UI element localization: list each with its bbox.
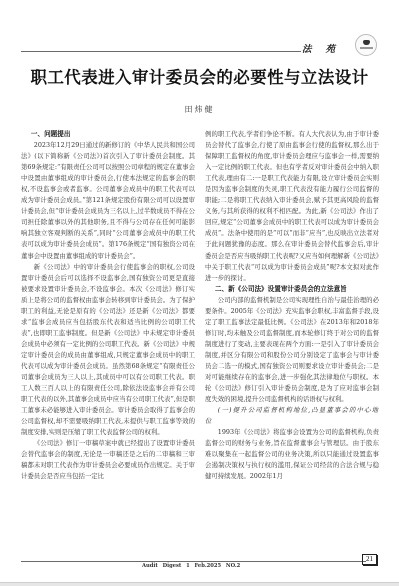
body-paragraph-continued: 例的职工代表,学者们争论不断。有人大代表认为,由于审计委员会替代了监事会,行使了…: [205, 129, 379, 284]
left-column: 一、问题提出 2023年12月29日通过的新修订的《中华人民共和国公司法》(以下…: [21, 129, 195, 483]
viewer-bottom-edge: [0, 582, 399, 586]
journal-page: 法苑 职工代表进入审计委员会的必要性与立法设计 田炜健 一、问题提出 2023年…: [0, 0, 399, 586]
body-paragraph: 2023年12月29日通过的新修订的《中华人民共和国公司法》(以下简称新《公司法…: [21, 140, 195, 262]
journal-seal-logo-icon: [355, 34, 377, 56]
body-paragraph: 新《公司法》中的审计委员会行使监事会的职权,公司设置审计委员会后可以选择不设监事…: [21, 262, 195, 439]
subsection-heading-1: (一)提升公司监督机构地位,凸显董事会的中心地位: [205, 405, 379, 427]
section-heading-2: 二、新《公司法》设置审计委员会的立法意旨: [205, 284, 379, 295]
logo-text-line: [360, 47, 373, 49]
section-label-char-2: 苑: [326, 44, 336, 55]
header-rule: [21, 51, 301, 52]
section-label-char-1: 法: [302, 44, 312, 55]
right-column: 例的职工代表,学者们争论不断。有人大代表认为,由于审计委员会替代了监事会,行使了…: [205, 129, 379, 483]
footer-rule: [21, 561, 366, 562]
section-label: 法苑: [302, 41, 335, 55]
logo-emblem: [363, 40, 370, 45]
journal-footer: Audit Digest 1 Feb.2025 NO.2: [142, 563, 240, 569]
page-number: 21: [362, 554, 377, 565]
body-paragraph: 1993年《公司法》将监事会设置为公司的监督机构,负责监督公司的财务与业务,旨在…: [205, 427, 379, 482]
article-title: 职工代表进入审计委员会的必要性与立法设计: [0, 64, 399, 88]
section-heading-1: 一、问题提出: [21, 129, 195, 140]
body-paragraph: 公司内部的监督机制是公司实现理性自治与最佳治理的必要条件。2005年《公司法》充…: [205, 295, 379, 405]
article-author: 田炜健: [0, 104, 399, 115]
body-paragraph: 《公司法》修订一审稿草案中就已经提出了设置审计委员会替代监事会的制度,无论是一审…: [21, 438, 195, 482]
